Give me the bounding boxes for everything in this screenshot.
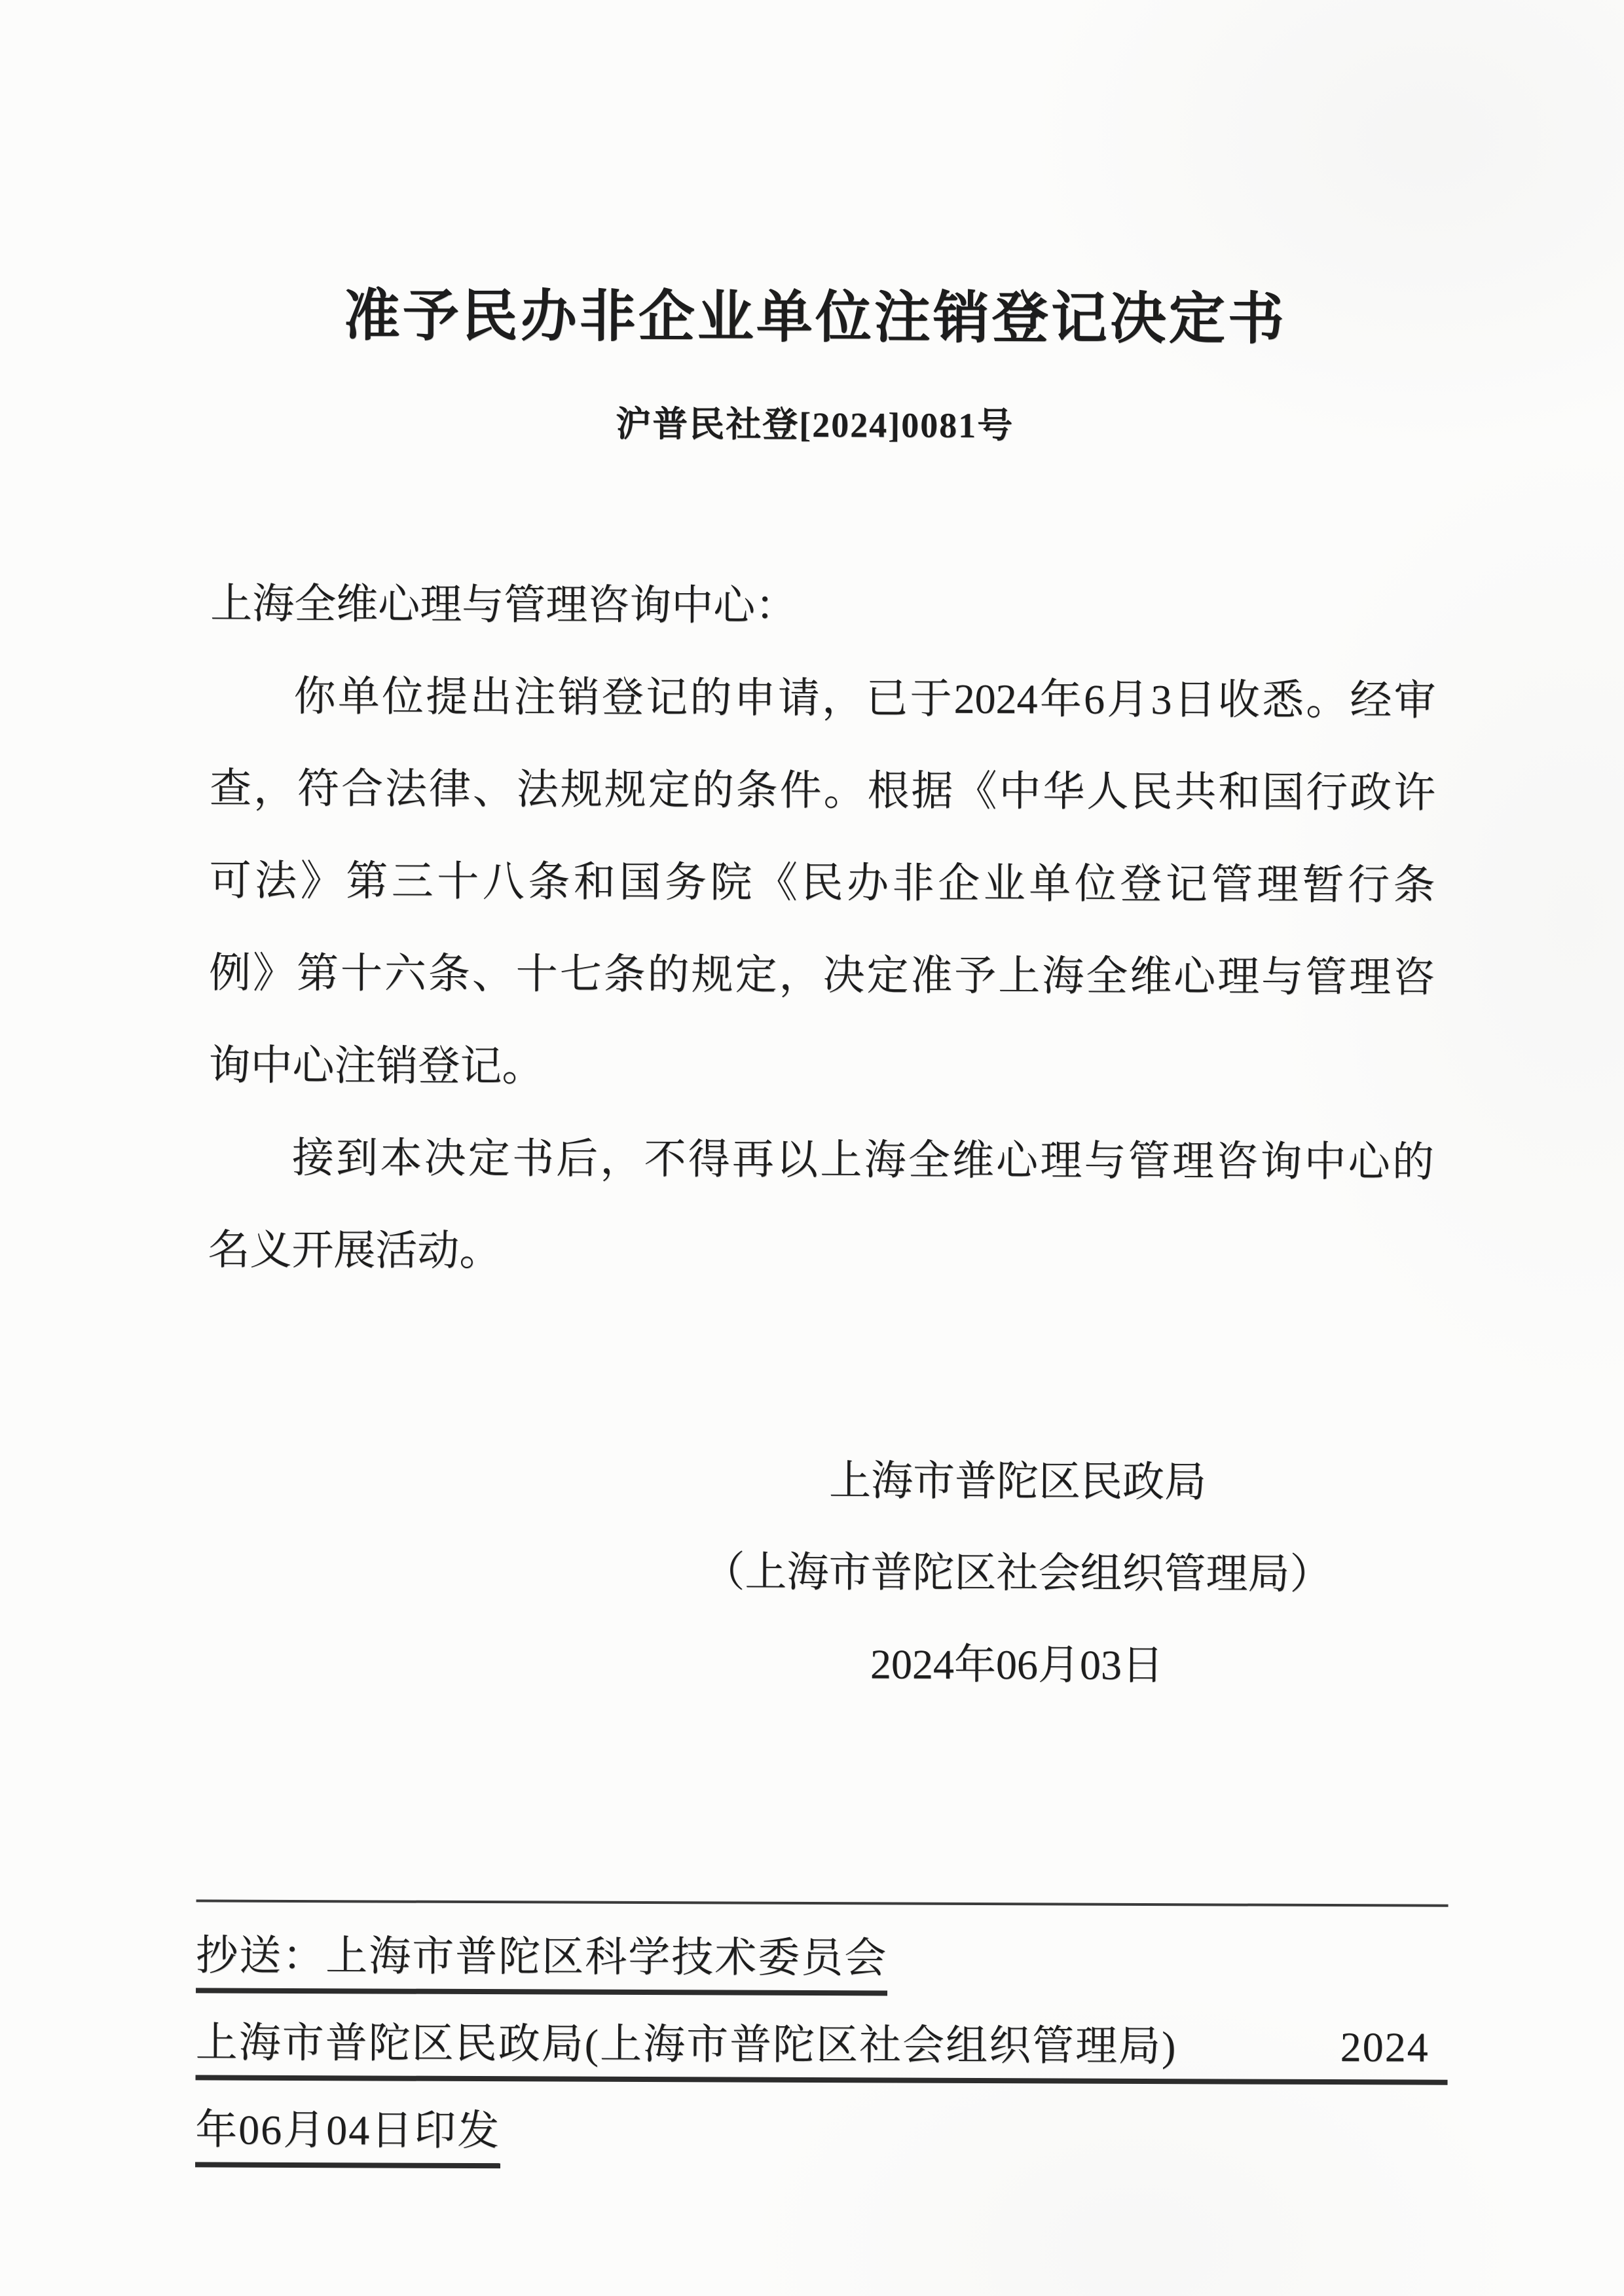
body-line: 你单位提出注销登记的申请，已于2024年6月3日收悉。经审 bbox=[210, 649, 1436, 746]
body-line: 名义开展活动。 bbox=[208, 1203, 1434, 1300]
issuing-authority-alternate: （上海市普陀区社会组织管理局） bbox=[692, 1526, 1342, 1620]
cc-row: 抄送：上海市普陀区科学技术委员会 bbox=[196, 1929, 1448, 1997]
salutation-line: 上海全维心理与管理咨询中心： bbox=[210, 557, 1437, 654]
document-content: 准予民办非企业单位注销登记决定书 沪普民社登[2024]0081号 上海全维心理… bbox=[0, 0, 1624, 2296]
cc-recipients: 抄送：上海市普陀区科学技术委员会 bbox=[196, 1929, 887, 1995]
decision-date: 2024年06月03日 bbox=[692, 1618, 1342, 1712]
issue-year: 2024 bbox=[1340, 2021, 1448, 2074]
document-reference-number: 沪普民社登[2024]0081号 bbox=[3, 399, 1624, 451]
issuer-name: 上海市普陀区民政局(上海市普陀区社会组织管理局) bbox=[196, 2016, 1177, 2073]
signature-block: 上海市普陀区民政局 （上海市普陀区社会组织管理局） 2024年06月03日 bbox=[692, 1434, 1343, 1712]
body-line: 可法》第三十八条和国务院《民办非企业单位登记管理暂行条 bbox=[209, 834, 1435, 931]
document-body: 上海全维心理与管理咨询中心： 你单位提出注销登记的申请，已于2024年6月3日收… bbox=[208, 557, 1436, 1300]
body-line: 例》第十六条、十七条的规定，决定准予上海全维心理与管理咨 bbox=[209, 926, 1435, 1023]
body-line: 询中心注销登记。 bbox=[208, 1019, 1435, 1116]
body-line: 接到本决定书后，不得再以上海全维心理与管理咨询中心的 bbox=[208, 1111, 1435, 1208]
footer-divider bbox=[196, 1899, 1449, 1906]
issuing-authority: 上海市普陀区民政局 bbox=[693, 1434, 1343, 1529]
document-footer: 抄送：上海市普陀区科学技术委员会 上海市普陀区民政局(上海市普陀区社会组织管理局… bbox=[195, 1899, 1449, 2195]
print-date: 年06月04日印发 bbox=[195, 2104, 500, 2168]
issuer-row: 上海市普陀区民政局(上海市普陀区社会组织管理局) 2024 bbox=[196, 2016, 1448, 2085]
document-title: 准予民办非企业单位注销登记决定书 bbox=[3, 283, 1624, 352]
scanned-document-page: 准予民办非企业单位注销登记决定书 沪普民社登[2024]0081号 上海全维心理… bbox=[0, 0, 1624, 2296]
print-date-row: 年06月04日印发 bbox=[195, 2104, 1447, 2172]
body-line: 查，符合法律、法规规定的条件。根据《中华人民共和国行政许 bbox=[210, 742, 1436, 839]
